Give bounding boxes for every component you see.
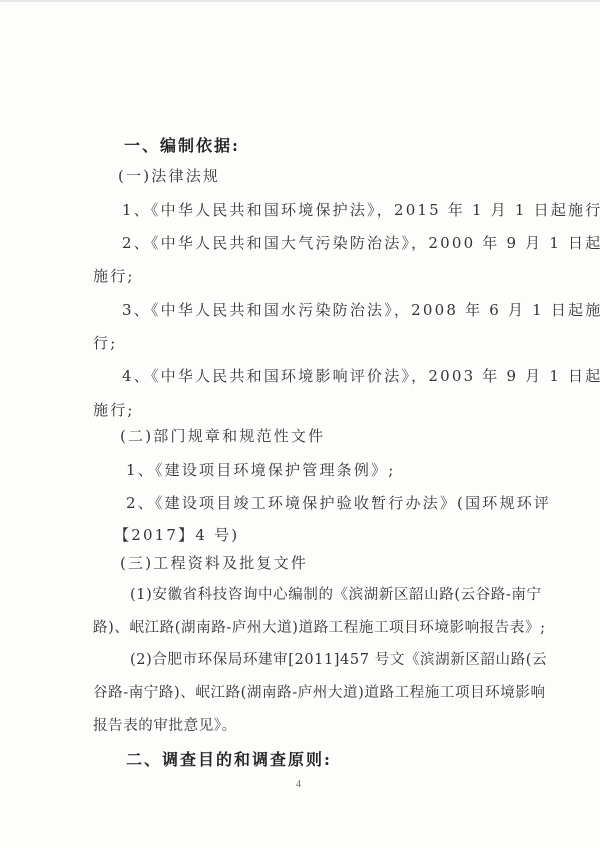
list-item: 2、《中华人民共和国大气污染防治法》，2000 年 9 月 1 日起 (122, 233, 600, 253)
list-item-continuation: 谷路-南宁路)、岷江路(湖南路-庐州大道)道路工程施工项目环境影响 (93, 683, 546, 703)
list-item: (2)合肥市环保局环建审[2011]457 号文《滨湖新区韶山路(云 (130, 650, 547, 670)
subsection-title-regulations: (二)部门规章和规范性文件 (120, 426, 325, 446)
list-item-continuation: 【2017】4 号) (114, 525, 239, 545)
list-item: 2、《建设项目竣工环境保护验收暂行办法》(国环规环评 (126, 493, 551, 513)
list-item-continuation: 报告表的审批意见》。 (93, 716, 237, 736)
subsection-title-laws: (一)法律法规 (118, 166, 220, 186)
list-item: 1、《中华人民共和国环境保护法》，2015 年 1 月 1 日起施行; (122, 200, 600, 220)
list-item: 1、《建设项目环境保护管理条例》; (126, 460, 396, 480)
section-heading-2: 二、调查目的和调查原则: (126, 750, 332, 770)
list-item: (1)安徽省科技咨询中心编制的《滨湖新区韶山路(云谷路-南宁 (130, 585, 542, 605)
list-item: 3、《中华人民共和国水污染防治法》，2008 年 6 月 1 日起施 (122, 300, 600, 320)
scan-edge (0, 0, 600, 2)
subsection-title-project-documents: (三)工程资料及批复文件 (120, 553, 308, 573)
list-item-continuation: 行; (93, 333, 117, 353)
page-number: 4 (296, 779, 301, 790)
section-heading-1: 一、编制依据: (124, 136, 240, 156)
list-item-continuation: 施行; (93, 266, 135, 286)
list-item-continuation: 施行; (93, 400, 135, 420)
list-item-continuation: 路)、岷江路(湖南路-庐州大道)道路工程施工项目环境影响报告表》; (93, 618, 546, 638)
list-item: 4、《中华人民共和国环境影响评价法》，2003 年 9 月 1 日起 (122, 366, 600, 386)
